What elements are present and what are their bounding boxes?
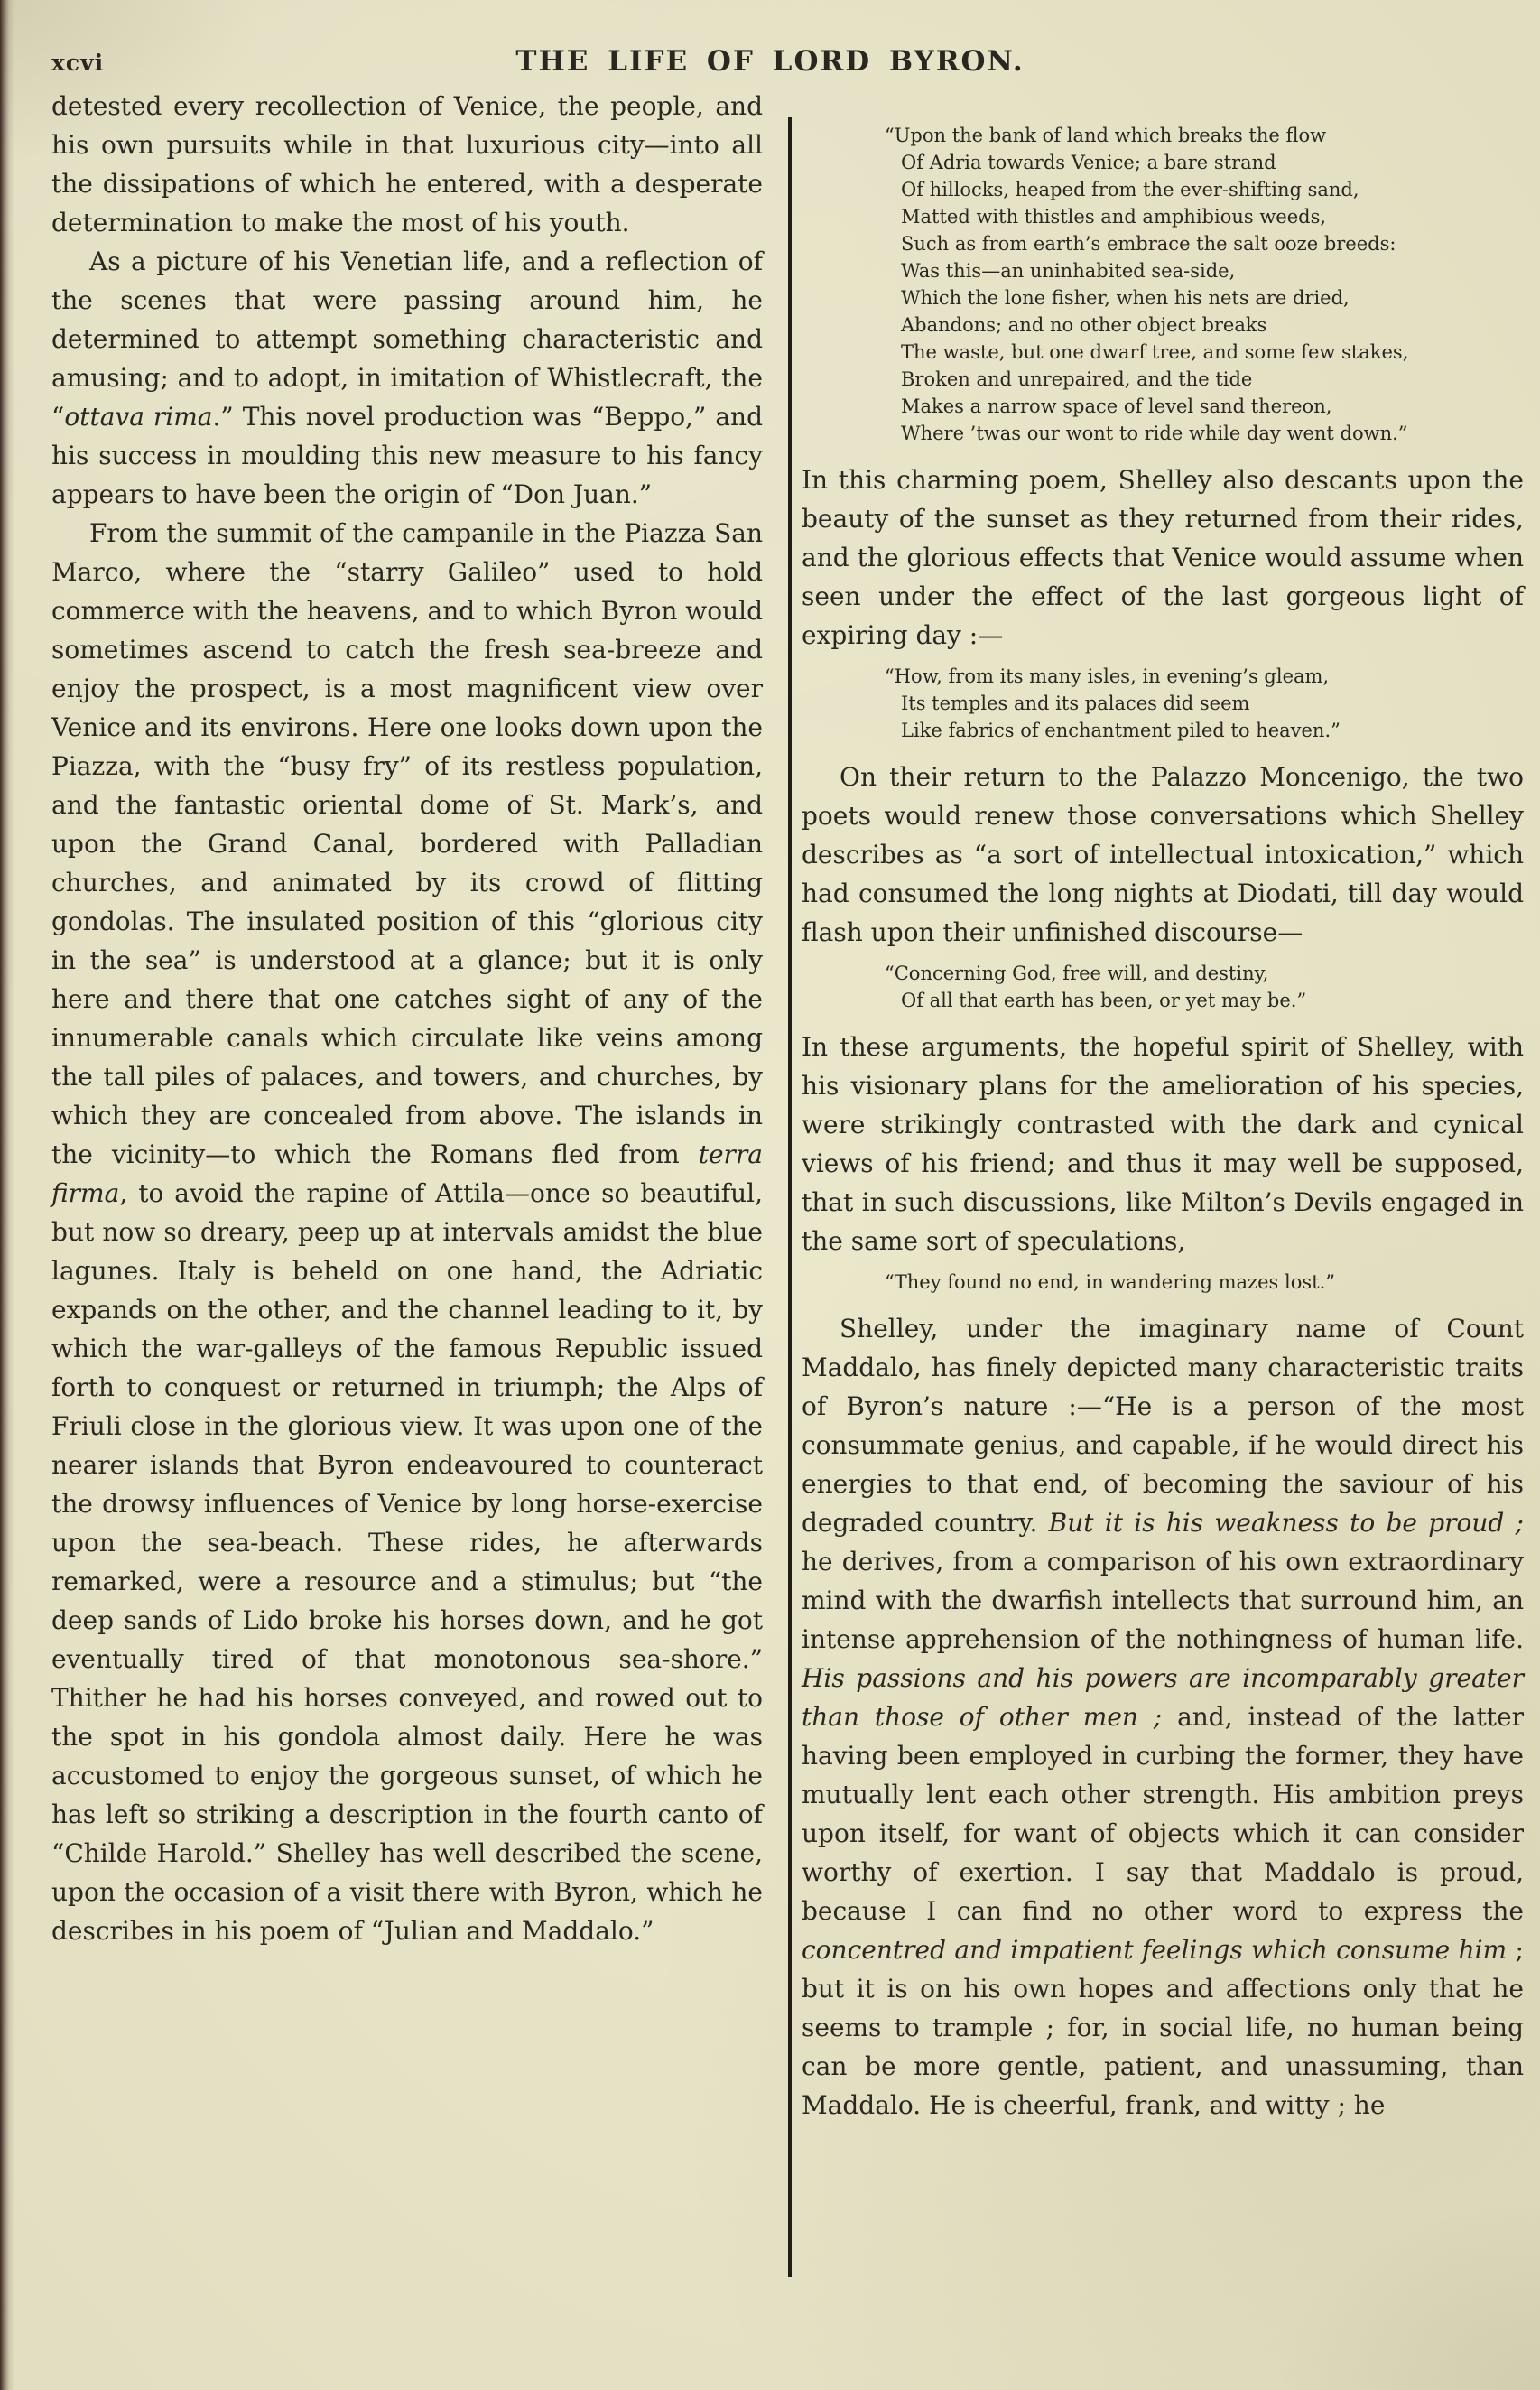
poem-line: Of hillocks, heaped from the ever-shifti… bbox=[901, 176, 1524, 203]
poem-line: “They found no end, in wandering mazes l… bbox=[885, 1269, 1524, 1296]
text-run: On their return to the Palazzo Moncenigo… bbox=[802, 762, 1524, 947]
text-run: he derives, from a comparison of his own… bbox=[802, 1547, 1524, 1654]
poem-block: “Concerning God, free will, and destiny,… bbox=[885, 960, 1524, 1014]
poem-line: Which the lone fisher, when his nets are… bbox=[901, 284, 1524, 312]
italic-text-run: ottava rima bbox=[64, 402, 212, 432]
poem-line: Of all that earth has been, or yet may b… bbox=[901, 987, 1524, 1014]
paragraph: As a picture of his Venetian life, and a… bbox=[51, 242, 763, 514]
italic-text-run: concentred and impatient feelings which … bbox=[802, 1935, 1507, 1965]
text-run: Shelley, under the imaginary name of Cou… bbox=[802, 1314, 1524, 1538]
text-run: In this charming poem, Shelley also desc… bbox=[802, 465, 1524, 650]
poem-line: “Upon the bank of land which breaks the … bbox=[885, 122, 1524, 149]
poem-block: “How, from its many isles, in evening’s … bbox=[885, 663, 1524, 744]
column-divider-rule bbox=[788, 117, 792, 2277]
right-text-column: “Upon the bank of land which breaks the … bbox=[802, 114, 1524, 2125]
poem-line: Abandons; and no other object breaks bbox=[901, 312, 1524, 339]
poem-line: Was this—an uninhabited sea-side, bbox=[901, 257, 1524, 284]
poem-line: “How, from its many isles, in evening’s … bbox=[885, 663, 1524, 690]
poem-line: Such as from earth’s embrace the salt oo… bbox=[901, 230, 1524, 257]
text-run: and, instead of the latter having been e… bbox=[802, 1702, 1524, 1926]
text-run: In these arguments, the hopeful spirit o… bbox=[802, 1032, 1524, 1256]
poem-line: “Concerning God, free will, and destiny, bbox=[885, 960, 1524, 987]
paragraph: detested every recollection of Venice, t… bbox=[51, 87, 763, 242]
left-text-column: detested every recollection of Venice, t… bbox=[51, 87, 763, 1950]
poem-line: Where ’twas our wont to ride while day w… bbox=[901, 420, 1524, 447]
paragraph: From the summit of the campanile in the … bbox=[51, 514, 763, 1950]
paragraph: Shelley, under the imaginary name of Cou… bbox=[802, 1309, 1524, 2125]
poem-line: The waste, but one dwarf tree, and some … bbox=[901, 339, 1524, 366]
text-run: , to avoid the rapine of Attila—once so … bbox=[51, 1178, 763, 1946]
text-run: detested every recollection of Venice, t… bbox=[51, 91, 763, 237]
running-title: THE LIFE OF LORD BYRON. bbox=[0, 45, 1540, 78]
poem-line: Broken and unrepaired, and the tide bbox=[901, 366, 1524, 393]
text-run: From the summit of the campanile in the … bbox=[51, 518, 763, 1169]
italic-text-run: But it is his weakness to be proud ; bbox=[1049, 1508, 1524, 1538]
poem-block: “Upon the bank of land which breaks the … bbox=[885, 122, 1524, 447]
poem-block: “They found no end, in wandering mazes l… bbox=[885, 1269, 1524, 1296]
book-page: xcvi THE LIFE OF LORD BYRON. detested ev… bbox=[0, 0, 1540, 2390]
scan-left-edge-shadow bbox=[0, 0, 14, 2390]
paragraph: In this charming poem, Shelley also desc… bbox=[802, 460, 1524, 655]
poem-line: Its temples and its palaces did seem bbox=[901, 690, 1524, 717]
paragraph: On their return to the Palazzo Moncenigo… bbox=[802, 758, 1524, 952]
poem-line: Makes a narrow space of level sand there… bbox=[901, 393, 1524, 420]
poem-line: Matted with thistles and amphibious weed… bbox=[901, 203, 1524, 230]
paragraph: In these arguments, the hopeful spirit o… bbox=[802, 1028, 1524, 1260]
poem-line: Like fabrics of enchantment piled to hea… bbox=[901, 717, 1524, 744]
poem-line: Of Adria towards Venice; a bare strand bbox=[901, 149, 1524, 176]
